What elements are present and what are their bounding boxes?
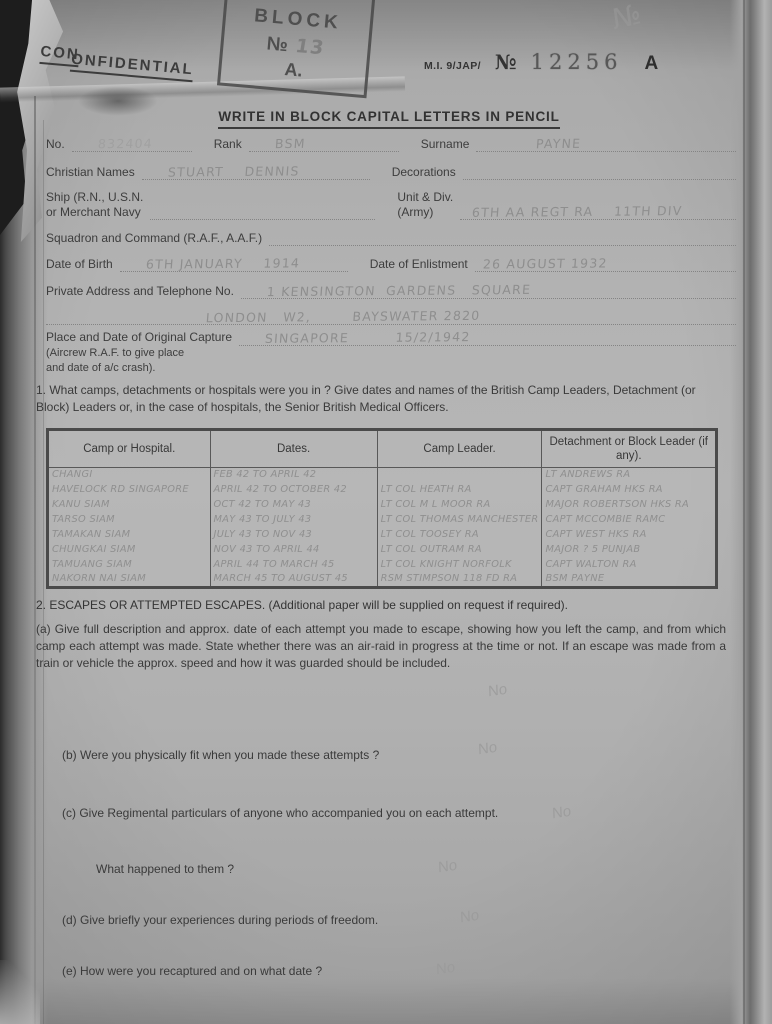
table-cell: MAJOR ? 5 PUNJAB bbox=[542, 542, 717, 557]
answer-2e: No bbox=[436, 959, 456, 979]
stamp-block-label: BLOCK bbox=[253, 5, 342, 35]
form-row-dates: Date of Birth 6TH JANUARY 1914 Date of E… bbox=[46, 256, 736, 272]
unit-div-label: Unit & Div. (Army) bbox=[397, 190, 453, 220]
private-address-field-line2: LONDON W2, BAYSWATER 2820 bbox=[46, 309, 736, 325]
table-cell: KANU SIAM bbox=[48, 497, 211, 512]
table-cell: LT COL OUTRAM RA bbox=[377, 542, 542, 557]
rank-value: BSM bbox=[274, 136, 306, 151]
unit-div-value: 6TH AA REGT RA 11TH DIV bbox=[471, 203, 683, 220]
question-2c-text: (c) Give Regimental particulars of anyon… bbox=[62, 806, 498, 820]
answer-2c: No bbox=[552, 803, 572, 823]
capture-label: Place and Date of Original Capture (Airc… bbox=[46, 330, 232, 376]
table-row: CHUNGKAI SIAMNOV 43 TO APRIL 44LT COL OU… bbox=[48, 542, 717, 557]
table-cell: LT COL KNIGHT NORFOLK bbox=[377, 557, 542, 572]
unit-div-field: 6TH AA REGT RA 11TH DIV bbox=[460, 204, 736, 220]
table-cell: TAMAKAN SIAM bbox=[48, 527, 211, 542]
vertical-crease bbox=[34, 96, 36, 1024]
block-number-stamp: BLOCK № 13 A. bbox=[217, 0, 377, 98]
table-cell: NOV 43 TO APRIL 44 bbox=[210, 542, 377, 557]
surname-label: Surname bbox=[421, 137, 470, 152]
table-cell: FEB 42 TO APRIL 42 bbox=[210, 467, 377, 482]
table-cell: APRIL 44 TO MARCH 45 bbox=[210, 557, 377, 572]
decorations-label: Decorations bbox=[392, 165, 456, 180]
ref-series-letter: A bbox=[644, 53, 658, 75]
ship-label: Ship (R.N., U.S.N. or Merchant Navy bbox=[46, 190, 143, 220]
form-row-names-decorations: Christian Names STUART DENNIS Decoration… bbox=[46, 164, 736, 180]
rank-field: BSM bbox=[249, 136, 399, 152]
table-cell: APRIL 42 TO OCTOBER 42 bbox=[210, 482, 377, 497]
table-cell: TARSO SIAM bbox=[48, 512, 211, 527]
table-cell: CAPT GRAHAM HKS RA bbox=[542, 482, 717, 497]
table-row: KANU SIAMOCT 42 TO MAY 43LT COL M L MOOR… bbox=[48, 497, 717, 512]
bottom-left-highlight bbox=[0, 960, 40, 1024]
camps-table: Camp or Hospital. Dates. Camp Leader. De… bbox=[46, 428, 718, 589]
ref-no-symbol: № bbox=[495, 50, 517, 74]
unit-div-label-line2: (Army) bbox=[397, 205, 433, 219]
table-cell: BSM PAYNE bbox=[542, 572, 717, 587]
scanned-pow-questionnaire-page: CONONFIDENTIAL BLOCK № 13 A. № M.I. 9/JA… bbox=[0, 0, 772, 1024]
table-row: TARSO SIAMMAY 43 TO JULY 43LT COL THOMAS… bbox=[48, 512, 717, 527]
form-row-ship-unit: Ship (R.N., U.S.N. or Merchant Navy Unit… bbox=[46, 190, 736, 220]
reference-number-line: M.I. 9/JAP/ № 12256 A bbox=[424, 50, 658, 75]
table-row: NAKORN NAI SIAMMARCH 45 TO AUGUST 45RSM … bbox=[48, 572, 717, 587]
table-cell: CAPT MCCOMBIE RAMC bbox=[542, 512, 717, 527]
question-2c-followup-text: What happened to them ? bbox=[96, 862, 234, 876]
answer-2a: No bbox=[488, 681, 508, 701]
private-address-field: 1 KENSINGTON GARDENS SQUARE bbox=[241, 283, 736, 299]
date-of-enlistment-field: 26 AUGUST 1932 bbox=[475, 256, 736, 272]
date-of-enlistment-label: Date of Enlistment bbox=[370, 257, 468, 272]
table-row: TAMAKAN SIAMJULY 43 TO NOV 43LT COL TOOS… bbox=[48, 527, 717, 542]
table-row: CHANGIFEB 42 TO APRIL 42LT ANDREWS RA bbox=[48, 467, 717, 482]
form-row-address-line2: LONDON W2, BAYSWATER 2820 bbox=[46, 309, 736, 325]
question-1-text: 1. What camps, detachments or hospitals … bbox=[36, 382, 732, 417]
table-cell: CAPT WALTON RA bbox=[542, 557, 717, 572]
date-of-birth-label: Date of Birth bbox=[46, 257, 113, 272]
capture-label-line2: (Aircrew R.A.F. to give place bbox=[46, 347, 184, 359]
table-row: HAVELOCK RD SINGAPOREAPRIL 42 TO OCTOBER… bbox=[48, 482, 717, 497]
ship-label-line2: or Merchant Navy bbox=[46, 205, 141, 219]
table-cell: CAPT WEST HKS RA bbox=[542, 527, 717, 542]
ref-prefix: M.I. 9/JAP/ bbox=[424, 60, 481, 72]
christian-names-value: STUART DENNIS bbox=[167, 163, 300, 179]
table-cell bbox=[377, 467, 542, 482]
column-header-camp: Camp or Hospital. bbox=[48, 430, 211, 468]
form-instruction-title: WRITE IN BLOCK CAPITAL LETTERS IN PENCIL bbox=[46, 108, 732, 129]
private-address-value-line2: LONDON W2, BAYSWATER 2820 bbox=[205, 308, 481, 325]
table-cell: CHANGI bbox=[48, 467, 211, 482]
stamp-no-symbol: № bbox=[266, 33, 289, 57]
table-cell: LT COL HEATH RA bbox=[377, 482, 542, 497]
ship-label-line1: Ship (R.N., U.S.N. bbox=[46, 190, 143, 204]
date-of-birth-field: 6TH JANUARY 1914 bbox=[120, 256, 348, 272]
stamp-block-value: 13 bbox=[294, 35, 326, 59]
form-row-capture: Place and Date of Original Capture (Airc… bbox=[46, 330, 736, 376]
table-cell: LT COL M L MOOR RA bbox=[377, 497, 542, 512]
capture-field: SINGAPORE 15/2/1942 bbox=[239, 331, 736, 346]
capture-label-line3: and date of a/c crash). bbox=[46, 362, 155, 374]
right-edge-line bbox=[743, 0, 745, 1024]
surname-field: PAYNE bbox=[476, 136, 736, 152]
question-2e-text: (e) How were you recaptured and on what … bbox=[62, 964, 322, 978]
question-2d-text: (d) Give briefly your experiences during… bbox=[62, 913, 378, 927]
table-cell: CHUNGKAI SIAM bbox=[48, 542, 211, 557]
question-2a-text: (a) Give full description and approx. da… bbox=[36, 621, 726, 672]
table-cell: JULY 43 TO NOV 43 bbox=[210, 527, 377, 542]
answer-2b: No bbox=[478, 739, 498, 759]
capture-value: SINGAPORE 15/2/1942 bbox=[264, 329, 471, 346]
camps-table-header: Camp or Hospital. Dates. Camp Leader. De… bbox=[48, 430, 717, 468]
bottom-shadow bbox=[0, 978, 772, 1024]
answer-2c-followup: No bbox=[438, 857, 458, 877]
camps-table-body: CHANGIFEB 42 TO APRIL 42LT ANDREWS RAHAV… bbox=[48, 467, 717, 587]
squadron-field bbox=[269, 230, 736, 246]
stamp-number-line: № 13 bbox=[266, 32, 326, 60]
christian-names-field: STUART DENNIS bbox=[142, 164, 370, 180]
christian-names-label: Christian Names bbox=[46, 165, 135, 180]
table-cell: OCT 42 TO MAY 43 bbox=[210, 497, 377, 512]
column-header-detachment-leader: Detachment or Block Leader (if any). bbox=[542, 430, 717, 468]
answer-2d: No bbox=[460, 907, 480, 927]
capture-label-line1: Place and Date of Original Capture bbox=[46, 330, 232, 344]
decorations-field bbox=[463, 164, 736, 180]
private-address-label: Private Address and Telephone No. bbox=[46, 284, 234, 299]
stamp-series-letter: A. bbox=[284, 59, 304, 81]
form-row-no-rank-surname: No. 832404 Rank BSM Surname PAYNE bbox=[46, 136, 736, 152]
date-of-birth-value: 6TH JANUARY 1914 bbox=[145, 255, 300, 271]
ref-number: 12256 bbox=[531, 50, 623, 74]
no-label: No. bbox=[46, 137, 65, 152]
table-cell: MARCH 45 TO AUGUST 45 bbox=[210, 572, 377, 587]
no-field: 832404 bbox=[72, 136, 192, 152]
private-address-value: 1 KENSINGTON GARDENS SQUARE bbox=[266, 282, 531, 299]
no-value: 832404 bbox=[97, 136, 153, 151]
header-row: Camp or Hospital. Dates. Camp Leader. De… bbox=[48, 430, 717, 468]
column-header-camp-leader: Camp Leader. bbox=[377, 430, 542, 468]
right-page-edge bbox=[730, 0, 772, 1024]
column-header-dates: Dates. bbox=[210, 430, 377, 468]
form-row-address: Private Address and Telephone No. 1 KENS… bbox=[46, 283, 736, 299]
table-cell: RSM STIMPSON 118 FD RA bbox=[377, 572, 542, 587]
table-cell: LT COL THOMAS MANCHESTER bbox=[377, 512, 542, 527]
table-cell: LT ANDREWS RA bbox=[542, 467, 717, 482]
rank-label: Rank bbox=[214, 137, 242, 152]
table-cell: MAJOR ROBERTSON HKS RA bbox=[542, 497, 717, 512]
table-cell: HAVELOCK RD SINGAPORE bbox=[48, 482, 211, 497]
question-2b-text: (b) Were you physically fit when you mad… bbox=[62, 748, 379, 762]
surname-value: PAYNE bbox=[536, 136, 582, 151]
ship-field bbox=[150, 204, 375, 220]
vertical-crease bbox=[43, 120, 44, 1024]
date-of-enlistment-value: 26 AUGUST 1932 bbox=[482, 255, 608, 271]
table-cell: NAKORN NAI SIAM bbox=[48, 572, 211, 587]
unit-div-label-line1: Unit & Div. bbox=[397, 190, 453, 204]
squadron-label: Squadron and Command (R.A.F., A.A.F.) bbox=[46, 231, 262, 246]
table-row: TAMUANG SIAMAPRIL 44 TO MARCH 45LT COL K… bbox=[48, 557, 717, 572]
table-cell: MAY 43 TO JULY 43 bbox=[210, 512, 377, 527]
confidential-text: ONFIDENTIAL bbox=[70, 51, 194, 83]
table-cell: TAMUANG SIAM bbox=[48, 557, 211, 572]
form-row-squadron: Squadron and Command (R.A.F., A.A.F.) bbox=[46, 230, 736, 246]
form-instruction-text: WRITE IN BLOCK CAPITAL LETTERS IN PENCIL bbox=[218, 109, 559, 129]
table-cell: LT COL TOOSEY RA bbox=[377, 527, 542, 542]
section-2-heading: 2. ESCAPES OR ATTEMPTED ESCAPES. (Additi… bbox=[36, 598, 568, 612]
